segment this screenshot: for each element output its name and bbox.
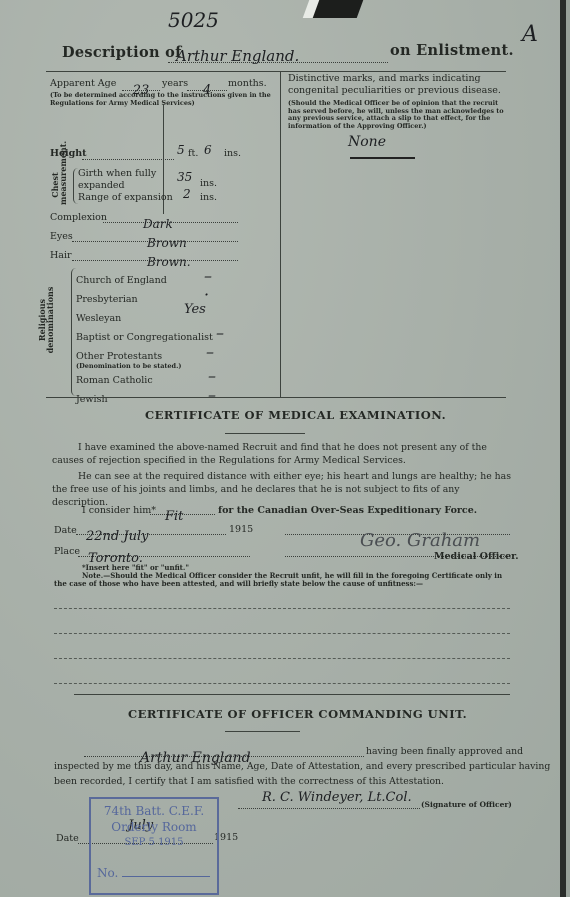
marks-value: None bbox=[348, 134, 386, 150]
religion-label: Church of England bbox=[76, 275, 167, 286]
religion-item: Church of England– bbox=[76, 268, 278, 287]
eyes-label: Eyes bbox=[50, 231, 73, 242]
stamp-number-label: No. bbox=[97, 866, 118, 880]
religion-value: – bbox=[206, 342, 214, 361]
religion-item: Roman Catholic– bbox=[76, 368, 278, 387]
stamp-number-row: No. bbox=[91, 865, 217, 881]
hair-field: Brown. bbox=[72, 251, 238, 261]
corner-mark: A bbox=[522, 22, 538, 47]
religion-label: Baptist or Congregationalist bbox=[76, 332, 213, 343]
commanding-cert-heading: CERTIFICATE OF OFFICER COMMANDING UNIT. bbox=[128, 707, 467, 721]
complexion-label: Complexion bbox=[50, 212, 107, 223]
heading-rule bbox=[225, 433, 305, 434]
stamp-line-1: 74th Batt. C.E.F. bbox=[91, 803, 217, 819]
religion-label: Wesleyan bbox=[76, 313, 121, 324]
stamp-number-line bbox=[122, 876, 210, 877]
consider-prefix: I consider him* bbox=[82, 505, 156, 516]
girth-value: 35 bbox=[177, 170, 192, 184]
reg-number: 5025 bbox=[168, 8, 219, 32]
title-name-line: Arthur England. bbox=[168, 46, 388, 63]
religion-item: Presbyterian· bbox=[76, 287, 278, 306]
religion-value: – bbox=[208, 366, 216, 385]
medical-cert-heading: CERTIFICATE OF MEDICAL EXAMINATION. bbox=[145, 408, 446, 422]
months-label: months. bbox=[228, 78, 267, 89]
hair-value: Brown. bbox=[147, 255, 191, 269]
stamp-line-2: Orderly Room bbox=[91, 819, 217, 835]
column-divider bbox=[280, 72, 281, 397]
expansion-label: Range of expansion bbox=[78, 192, 173, 203]
commanding-text-a: having been finally approved and bbox=[366, 745, 523, 758]
medical-officer-signature: Geo. Graham bbox=[360, 530, 480, 551]
religion-value: – bbox=[216, 323, 224, 342]
girth-label: Girth when fully expanded bbox=[78, 168, 163, 192]
signature-of-officer-label: (Signature of Officer) bbox=[421, 801, 512, 809]
religion-value: – bbox=[208, 385, 216, 404]
recruit-name: Arthur England. bbox=[168, 47, 299, 65]
medical-date-value: 22nd July bbox=[86, 529, 148, 544]
ft-label: ft. bbox=[188, 148, 198, 159]
religion-value: Yes bbox=[184, 302, 206, 317]
height-inches-value: 6 bbox=[204, 143, 212, 157]
medical-para-1: I have examined the above-named Recruit … bbox=[52, 441, 512, 467]
religion-label: Jewish bbox=[76, 394, 108, 405]
commanding-date-label: Date bbox=[56, 833, 79, 844]
orderly-room-stamp: 74th Batt. C.E.F. Orderly Room SEP 5 191… bbox=[89, 797, 219, 895]
marks-note: (Should the Medical Officer be of opinio… bbox=[288, 100, 508, 130]
height-dots bbox=[82, 150, 174, 160]
unfitness-line bbox=[54, 658, 510, 659]
medical-officer-label: Medical Officer. bbox=[434, 551, 519, 562]
medical-date-field: 22nd July bbox=[76, 525, 226, 535]
unfitness-line bbox=[54, 683, 510, 684]
religion-item: Baptist or Congregationalist– bbox=[76, 325, 278, 344]
religion-group-label: Religious denominations bbox=[38, 270, 54, 370]
unfit-note: Note.—Should the Medical Officer conside… bbox=[54, 572, 514, 587]
age-years-field: 23 bbox=[122, 79, 160, 91]
heading-rule bbox=[225, 731, 300, 732]
medical-para-2: He can see at the required distance with… bbox=[52, 470, 512, 509]
complexion-value: Dark bbox=[143, 217, 173, 231]
divider bbox=[46, 71, 506, 72]
eyes-value: Brown bbox=[147, 236, 187, 250]
stamp-date: SEP 5 1915 bbox=[91, 835, 217, 851]
consider-suffix: for the Canadian Over-Seas Expeditionary… bbox=[218, 505, 477, 516]
hair-label: Hair bbox=[50, 250, 72, 261]
divider bbox=[46, 397, 506, 398]
religion-label: Other Protestants bbox=[76, 351, 162, 362]
form-title-prefix: Description of bbox=[62, 44, 182, 61]
place-field: Toronto. bbox=[78, 547, 250, 557]
commanding-text-b: inspected by me this day, and his Name, … bbox=[54, 760, 550, 773]
fitness-field: Fit bbox=[150, 505, 215, 515]
religion-value: – bbox=[204, 266, 212, 285]
girth-ins-label: ins. bbox=[200, 178, 217, 189]
divider bbox=[74, 694, 510, 695]
folded-corner bbox=[307, 0, 364, 18]
place-label: Place bbox=[54, 546, 80, 557]
religion-list: Church of England– Presbyterian· Wesleya… bbox=[76, 268, 278, 406]
enlistment-form-page: 5025 A Description of Arthur England. on… bbox=[0, 0, 566, 897]
expansion-ins-label: ins. bbox=[200, 192, 217, 203]
form-title-suffix: on Enlistment. bbox=[390, 42, 514, 59]
medical-year: 1915 bbox=[229, 524, 253, 535]
commanding-officer-signature: R. C. Windeyer, Lt.Col. bbox=[262, 790, 412, 805]
marks-underline bbox=[350, 157, 415, 159]
years-label: years bbox=[162, 78, 188, 89]
unfitness-line bbox=[54, 608, 510, 609]
religion-item: Other Protestants(Denomination to be sta… bbox=[76, 344, 278, 368]
page-edge bbox=[560, 0, 566, 897]
religion-label: Roman Catholic bbox=[76, 375, 153, 386]
marks-heading: Distinctive marks, and marks indicating … bbox=[288, 73, 508, 97]
approved-name-field: Arthur England bbox=[84, 747, 364, 757]
eyes-field: Brown bbox=[72, 232, 238, 242]
complexion-field: Dark bbox=[103, 213, 238, 223]
height-feet-value: 5 bbox=[177, 143, 185, 157]
fitness-value: Fit bbox=[165, 509, 183, 524]
religion-label: Presbyterian bbox=[76, 294, 138, 305]
unfitness-line bbox=[54, 633, 510, 634]
chest-measurement-label: Chest measurement. bbox=[51, 165, 67, 205]
expansion-value: 2 bbox=[183, 187, 191, 201]
age-label: Apparent Age bbox=[50, 78, 116, 89]
religion-item: WesleyanYes bbox=[76, 306, 278, 325]
age-months-field: 4 bbox=[187, 79, 227, 91]
medical-date-label: Date bbox=[54, 525, 77, 536]
commanding-text-c: been recorded, I certify that I am satis… bbox=[54, 775, 444, 788]
ins-label: ins. bbox=[224, 148, 241, 159]
